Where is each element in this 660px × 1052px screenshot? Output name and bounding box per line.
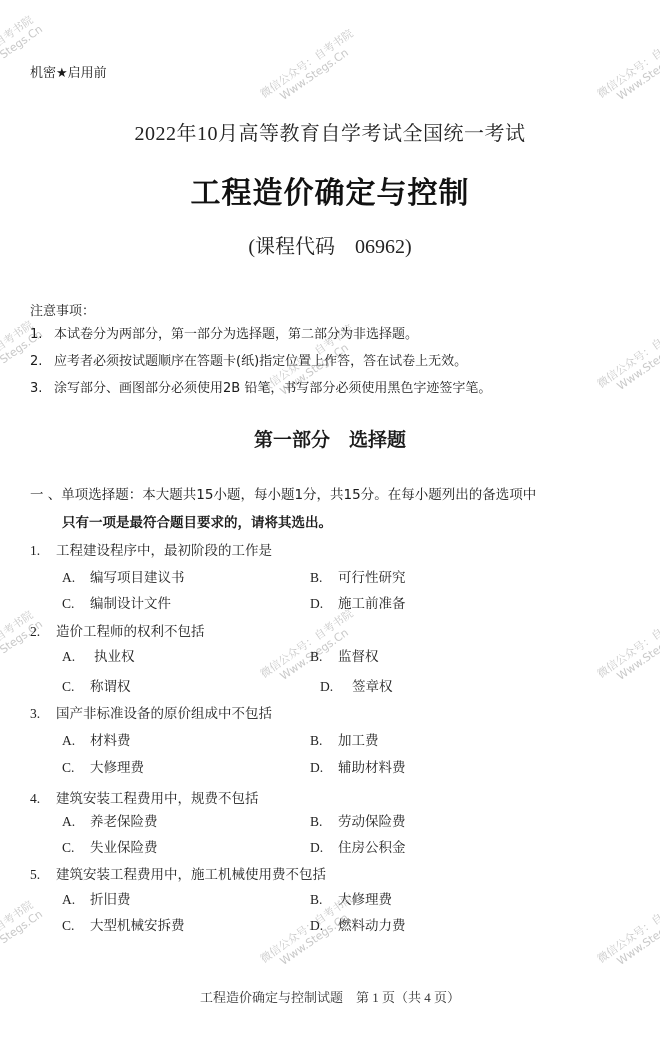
option-d[interactable]: D.辅助材料费 xyxy=(310,756,406,776)
note-item: 3.涂写部分、画图部分必须使用2B 铅笔，书写部分必须使用黑色字迹签字笔。 xyxy=(30,377,491,396)
watermark-line: Stegs.Cn xyxy=(0,908,45,947)
option-text: 辅助材料费 xyxy=(338,760,406,775)
option-text: 折旧费 xyxy=(90,892,131,907)
watermark: 微信公众号：自考书院Www.Stegs.Cn xyxy=(595,607,660,691)
option-d[interactable]: D.燃料动力费 xyxy=(310,914,406,934)
option-label: A. xyxy=(62,570,90,586)
option-a[interactable]: A.执业权 xyxy=(62,645,135,665)
watermark: 微信公众号：自考书院Www.Stegs.Cn xyxy=(595,317,660,401)
option-text: 监督权 xyxy=(338,649,379,664)
question-text: 工程建设程序中，最初阶段的工作是 xyxy=(56,543,272,558)
option-label: C. xyxy=(62,679,90,695)
watermark-line: Stegs.Cn xyxy=(0,23,45,62)
watermark: 微信公众号：自考书院Www.Stegs.Cn xyxy=(258,27,363,111)
option-label: D. xyxy=(320,679,352,695)
option-label: B. xyxy=(310,733,338,749)
option-b[interactable]: B.大修理费 xyxy=(310,888,392,908)
question-number: 4. xyxy=(30,791,56,807)
question-number: 5. xyxy=(30,867,56,883)
option-a[interactable]: A.养老保险费 xyxy=(62,810,158,830)
watermark: 自考书院Stegs.Cn xyxy=(0,897,45,946)
part-title: 第一部分 选择题 xyxy=(0,425,660,452)
watermark-line: 微信公众号：自考书院 xyxy=(258,607,356,681)
option-text: 大型机械安拆费 xyxy=(90,918,185,933)
course-title: 工程造价确定与控制 xyxy=(0,168,660,212)
note-text: 本试卷分为两部分，第一部分为选择题，第二部分为非选择题。 xyxy=(54,327,418,342)
option-c[interactable]: C.大修理费 xyxy=(62,756,144,776)
option-label: C. xyxy=(62,760,90,776)
option-label: A. xyxy=(62,814,90,830)
option-d[interactable]: D.签章权 xyxy=(320,675,393,695)
watermark: 自考书院Stegs.Cn xyxy=(0,12,45,61)
option-text: 大修理费 xyxy=(338,892,392,907)
option-text: 材料费 xyxy=(90,733,131,748)
question: 5.建筑安装工程费用中，施工机械使用费不包括 xyxy=(30,863,326,883)
question-number: 1. xyxy=(30,543,56,559)
question-text: 国产非标准设备的原价组成中不包括 xyxy=(56,706,272,721)
option-text: 住房公积金 xyxy=(338,840,406,855)
note-item: 2.应考者必须按试题顺序在答题卡(纸)指定位置上作答，答在试卷上无效。 xyxy=(30,350,467,369)
option-text: 施工前准备 xyxy=(338,596,406,611)
question-text: 建筑安装工程费用中，施工机械使用费不包括 xyxy=(56,867,326,882)
option-b[interactable]: B.监督权 xyxy=(310,645,379,665)
watermark: 微信公众号：自考书院Www.Stegs.Cn xyxy=(595,892,660,976)
note-number: 2. xyxy=(30,354,54,369)
option-text: 燃料动力费 xyxy=(338,918,406,933)
watermark: 微信公众号：自考书院Www.Stegs.Cn xyxy=(595,27,660,111)
option-text: 执业权 xyxy=(94,649,135,664)
question: 2.造价工程师的权利不包括 xyxy=(30,620,205,640)
option-text: 失业保险费 xyxy=(90,840,158,855)
option-label: B. xyxy=(310,814,338,830)
question: 4.建筑安装工程费用中，规费不包括 xyxy=(30,787,259,807)
option-b[interactable]: B.可行性研究 xyxy=(310,566,406,586)
watermark-line: Www.Stegs.Cn xyxy=(602,38,660,112)
note-number: 1. xyxy=(30,327,54,342)
option-c[interactable]: C.称谓权 xyxy=(62,675,131,695)
option-label: B. xyxy=(310,649,338,665)
exam-title: 2022年10月高等教育自学考试全国统一考试 xyxy=(0,117,660,146)
question-number: 3. xyxy=(30,706,56,722)
option-label: C. xyxy=(62,840,90,856)
question-number: 2. xyxy=(30,624,56,640)
watermark-line: 微信公众号：自考书院 xyxy=(595,607,660,681)
note-text: 涂写部分、画图部分必须使用2B 铅笔，书写部分必须使用黑色字迹签字笔。 xyxy=(54,381,491,396)
option-b[interactable]: B.劳动保险费 xyxy=(310,810,406,830)
watermark-line: 微信公众号：自考书院 xyxy=(595,317,660,391)
option-text: 编制设计文件 xyxy=(90,596,171,611)
option-label: C. xyxy=(62,918,90,934)
option-c[interactable]: C.失业保险费 xyxy=(62,836,158,856)
option-label: D. xyxy=(310,760,338,776)
option-text: 编写项目建议书 xyxy=(90,570,185,585)
question-text: 造价工程师的权利不包括 xyxy=(56,624,205,639)
section-instructions: 一 、单项选择题：本大题共15小题，每小题1分，共15分。在每小题列出的备选项中 xyxy=(30,483,536,503)
watermark-line: Www.Stegs.Cn xyxy=(265,38,363,112)
option-a[interactable]: A.材料费 xyxy=(62,729,131,749)
question: 1.工程建设程序中，最初阶段的工作是 xyxy=(30,539,272,559)
watermark-line: 自考书院 xyxy=(0,12,38,51)
option-b[interactable]: B.加工费 xyxy=(310,729,379,749)
option-d[interactable]: D.住房公积金 xyxy=(310,836,406,856)
question: 3.国产非标准设备的原价组成中不包括 xyxy=(30,702,272,722)
option-a[interactable]: A.折旧费 xyxy=(62,888,131,908)
option-text: 养老保险费 xyxy=(90,814,158,829)
page-footer: 工程造价确定与控制试题 第 1 页（共 4 页） xyxy=(0,987,660,1006)
watermark-line: 自考书院 xyxy=(0,897,38,936)
note-number: 3. xyxy=(30,381,54,396)
watermark-line: Www.Stegs.Cn xyxy=(602,903,660,977)
option-text: 大修理费 xyxy=(90,760,144,775)
watermark-line: 微信公众号：自考书院 xyxy=(258,27,356,101)
watermark-line: 微信公众号：自考书院 xyxy=(595,27,660,101)
option-label: D. xyxy=(310,918,338,934)
option-label: A. xyxy=(62,892,90,908)
watermark-line: 微信公众号：自考书院 xyxy=(595,892,660,966)
course-code: (课程代码 06962) xyxy=(0,230,660,259)
option-d[interactable]: D.施工前准备 xyxy=(310,592,406,612)
option-label: C. xyxy=(62,596,90,612)
notes-heading: 注意事项： xyxy=(30,300,95,319)
section-instructions-bold: 只有一项是最符合题目要求的，请将其选出。 xyxy=(62,511,332,531)
option-text: 劳动保险费 xyxy=(338,814,406,829)
option-label: B. xyxy=(310,892,338,908)
watermark-line: Www.Stegs.Cn xyxy=(602,618,660,692)
option-text: 加工费 xyxy=(338,733,379,748)
option-text: 签章权 xyxy=(352,679,393,694)
option-c[interactable]: C.大型机械安拆费 xyxy=(62,914,185,934)
option-label: A. xyxy=(62,649,94,665)
option-label: A. xyxy=(62,733,90,749)
note-item: 1.本试卷分为两部分，第一部分为选择题，第二部分为非选择题。 xyxy=(30,323,418,342)
option-label: D. xyxy=(310,596,338,612)
option-a[interactable]: A.编写项目建议书 xyxy=(62,566,185,586)
watermark-line: Www.Stegs.Cn xyxy=(602,328,660,402)
option-label: B. xyxy=(310,570,338,586)
note-text: 应考者必须按试题顺序在答题卡(纸)指定位置上作答，答在试卷上无效。 xyxy=(54,354,467,369)
option-label: D. xyxy=(310,840,338,856)
option-text: 可行性研究 xyxy=(338,570,406,585)
option-text: 称谓权 xyxy=(90,679,131,694)
option-c[interactable]: C.编制设计文件 xyxy=(62,592,171,612)
question-text: 建筑安装工程费用中，规费不包括 xyxy=(56,791,259,806)
secret-label: 机密★启用前 xyxy=(30,62,107,81)
